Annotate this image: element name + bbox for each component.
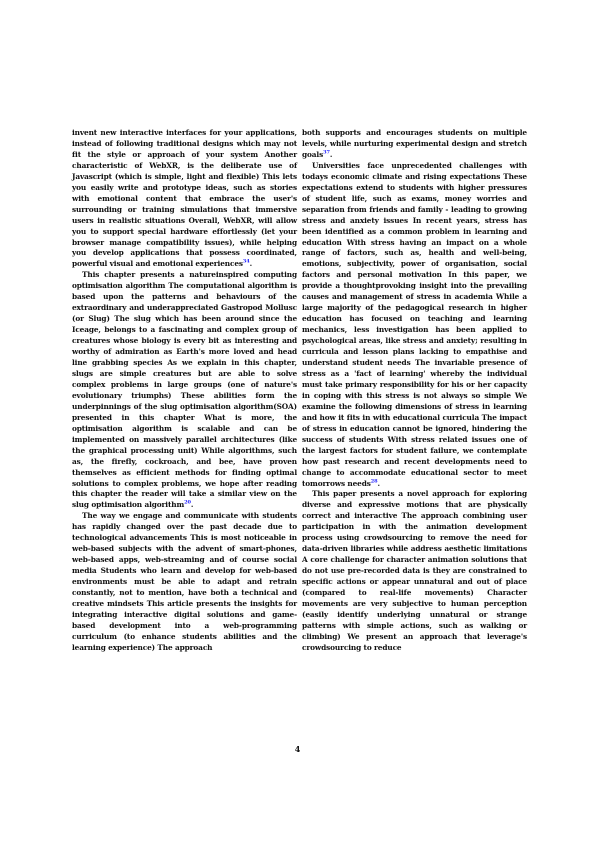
paragraph-text: Universities face unprecedented challeng…: [302, 161, 527, 488]
paragraph: This chapter presents a natureinspired c…: [72, 270, 297, 511]
paragraph: Universities face unprecedented challeng…: [302, 161, 527, 490]
document-page: invent new interactive interfaces for yo…: [0, 0, 595, 842]
right-column: both supports and encourages students on…: [302, 128, 527, 654]
citation-link[interactable]: 34: [243, 259, 250, 265]
paragraph: invent new interactive interfaces for yo…: [72, 128, 297, 270]
left-column: invent new interactive interfaces for yo…: [72, 128, 297, 654]
paragraph-tail: .: [377, 479, 379, 488]
paragraph: This paper presents a novel approach for…: [302, 489, 527, 653]
citation-link[interactable]: 37: [323, 149, 330, 155]
paragraph-text: The way we engage and communicate with s…: [72, 511, 297, 651]
paragraph: both supports and encourages students on…: [302, 128, 527, 161]
page-number: 4: [0, 744, 595, 754]
paragraph-text: invent new interactive interfaces for yo…: [72, 128, 297, 268]
paragraph-text: both supports and encourages students on…: [302, 128, 527, 159]
citation-link[interactable]: 20: [184, 500, 191, 506]
paragraph-tail: .: [191, 500, 193, 509]
paragraph: The way we engage and communicate with s…: [72, 511, 297, 653]
paragraph-tail: .: [250, 259, 252, 268]
paragraph-text: This chapter presents a natureinspired c…: [72, 270, 297, 509]
paragraph-text: This paper presents a novel approach for…: [302, 489, 527, 651]
paragraph-tail: .: [330, 150, 332, 159]
